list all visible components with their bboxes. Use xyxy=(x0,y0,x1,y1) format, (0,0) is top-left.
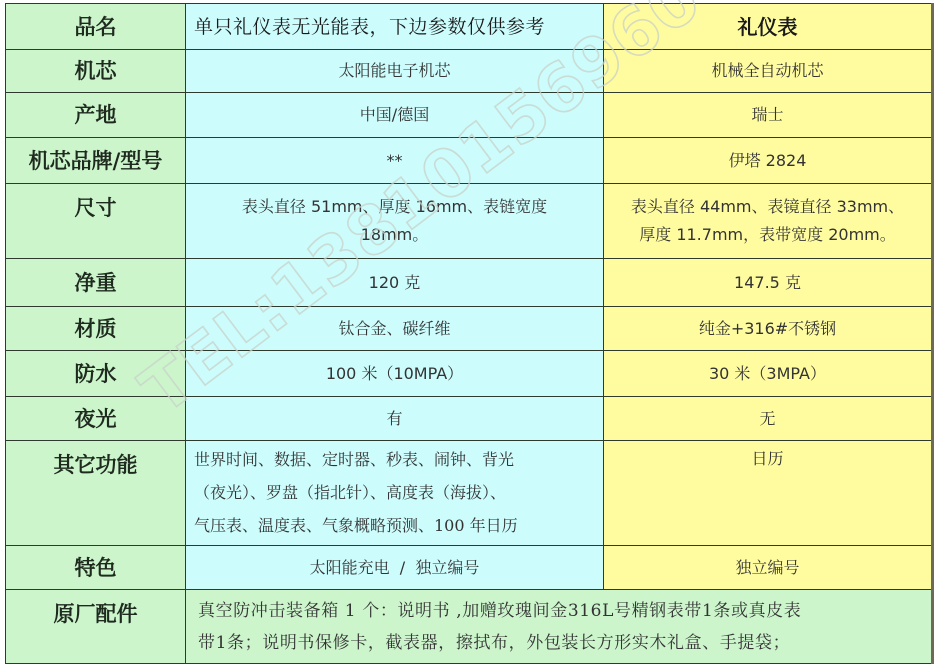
solar-value: 中国/德国 xyxy=(186,93,604,138)
table-row-size: 尺寸 表头直径 51mm、厚度 16mm、表链宽度 18mm。 表头直径 44m… xyxy=(6,184,933,259)
header-solar-watch: 单只礼仪表无光能表，下边参数仅供参考 xyxy=(186,4,604,50)
solar-size-line-1: 表头直径 51mm、厚度 16mm、表链宽度 xyxy=(192,193,597,221)
ceremony-value: 纯金+316#不锈钢 xyxy=(604,307,933,351)
table-row-accessories: 原厂配件 真空防冲击装备箱 1 个：说明书 ,加赠玫瑰间金316L号精钢表带1条… xyxy=(6,590,933,664)
row-label: 原厂配件 xyxy=(6,590,186,664)
accessories-line-1: 真空防冲击装备箱 1 个：说明书 ,加赠玫瑰间金316L号精钢表带1条或真皮表 xyxy=(198,595,925,627)
table-row-water-resistance: 防水 100 米（10MPA） 30 米（3MPA） xyxy=(6,351,933,397)
solar-value: 钛合金、碳纤维 xyxy=(186,307,604,351)
row-label: 防水 xyxy=(6,351,186,397)
header-label-cell: 品名 xyxy=(6,4,186,50)
table-row-origin: 产地 中国/德国 瑞士 xyxy=(6,93,933,138)
table-row-material: 材质 钛合金、碳纤维 纯金+316#不锈钢 xyxy=(6,307,933,351)
accessories-line-2: 带1条；说明书保修卡，截表器，擦拭布，外包装长方形实木礼盒、手提袋； xyxy=(198,627,925,659)
table-row-movement: 机芯 太阳能电子机芯 机械全自动机芯 xyxy=(6,50,933,93)
ceremony-value: 机械全自动机芯 xyxy=(604,50,933,93)
table-row-luminous: 夜光 有 无 xyxy=(6,397,933,441)
row-label: 机芯 xyxy=(6,50,186,93)
row-label: 材质 xyxy=(6,307,186,351)
table-row-movement-brand: 机芯品牌/型号 ** 伊塔 2824 xyxy=(6,138,933,184)
ceremony-value: 瑞士 xyxy=(604,93,933,138)
ceremony-value: 独立编号 xyxy=(604,546,933,590)
header-row: 品名 单只礼仪表无光能表，下边参数仅供参考 礼仪表 xyxy=(6,4,933,50)
solar-value: 100 米（10MPA） xyxy=(186,351,604,397)
solar-value: 120 克 xyxy=(186,259,604,307)
solar-functions-line-2: （夜光）、罗盘（指北针）、高度表（海拔）、 xyxy=(194,476,597,509)
table-row-other-functions: 其它功能 世界时间、数据、定时器、秒表、闹钟、背光 （夜光）、罗盘（指北针）、高… xyxy=(6,441,933,546)
solar-value: 太阳能充电 / 独立编号 xyxy=(186,546,604,590)
row-label: 特色 xyxy=(6,546,186,590)
header-ceremony-watch: 礼仪表 xyxy=(604,4,933,50)
solar-functions-line-3: 气压表、温度表、气象概略预测、100 年日历 xyxy=(194,509,597,542)
ceremony-value: 无 xyxy=(604,397,933,441)
watch-spec-comparison-table: 品名 单只礼仪表无光能表，下边参数仅供参考 礼仪表 机芯 太阳能电子机芯 机械全… xyxy=(5,3,934,664)
solar-value: 世界时间、数据、定时器、秒表、闹钟、背光 （夜光）、罗盘（指北针）、高度表（海拔… xyxy=(186,441,604,546)
solar-size-line-2: 18mm。 xyxy=(192,221,597,249)
ceremony-value: 日历 xyxy=(604,441,933,546)
table-row-features: 特色 太阳能充电 / 独立编号 独立编号 xyxy=(6,546,933,590)
solar-value: 有 xyxy=(186,397,604,441)
row-label: 净重 xyxy=(6,259,186,307)
solar-value: ** xyxy=(186,138,604,184)
row-label: 尺寸 xyxy=(6,184,186,259)
row-label: 夜光 xyxy=(6,397,186,441)
ceremony-value: 表头直径 44mm、表镜直径 33mm、 厚度 11.7mm，表带宽度 20mm… xyxy=(604,184,933,259)
solar-value: 表头直径 51mm、厚度 16mm、表链宽度 18mm。 xyxy=(186,184,604,259)
ceremony-value: 伊塔 2824 xyxy=(604,138,933,184)
ceremony-value: 30 米（3MPA） xyxy=(604,351,933,397)
ceremony-size-line-2: 厚度 11.7mm，表带宽度 20mm。 xyxy=(610,221,925,249)
row-label: 产地 xyxy=(6,93,186,138)
solar-value: 太阳能电子机芯 xyxy=(186,50,604,93)
ceremony-size-line-1: 表头直径 44mm、表镜直径 33mm、 xyxy=(610,193,925,221)
row-label: 其它功能 xyxy=(6,441,186,546)
solar-functions-line-1: 世界时间、数据、定时器、秒表、闹钟、背光 xyxy=(194,443,597,476)
row-label: 机芯品牌/型号 xyxy=(6,138,186,184)
table-row-weight: 净重 120 克 147.5 克 xyxy=(6,259,933,307)
accessories-value: 真空防冲击装备箱 1 个：说明书 ,加赠玫瑰间金316L号精钢表带1条或真皮表 … xyxy=(186,590,933,664)
ceremony-value: 147.5 克 xyxy=(604,259,933,307)
